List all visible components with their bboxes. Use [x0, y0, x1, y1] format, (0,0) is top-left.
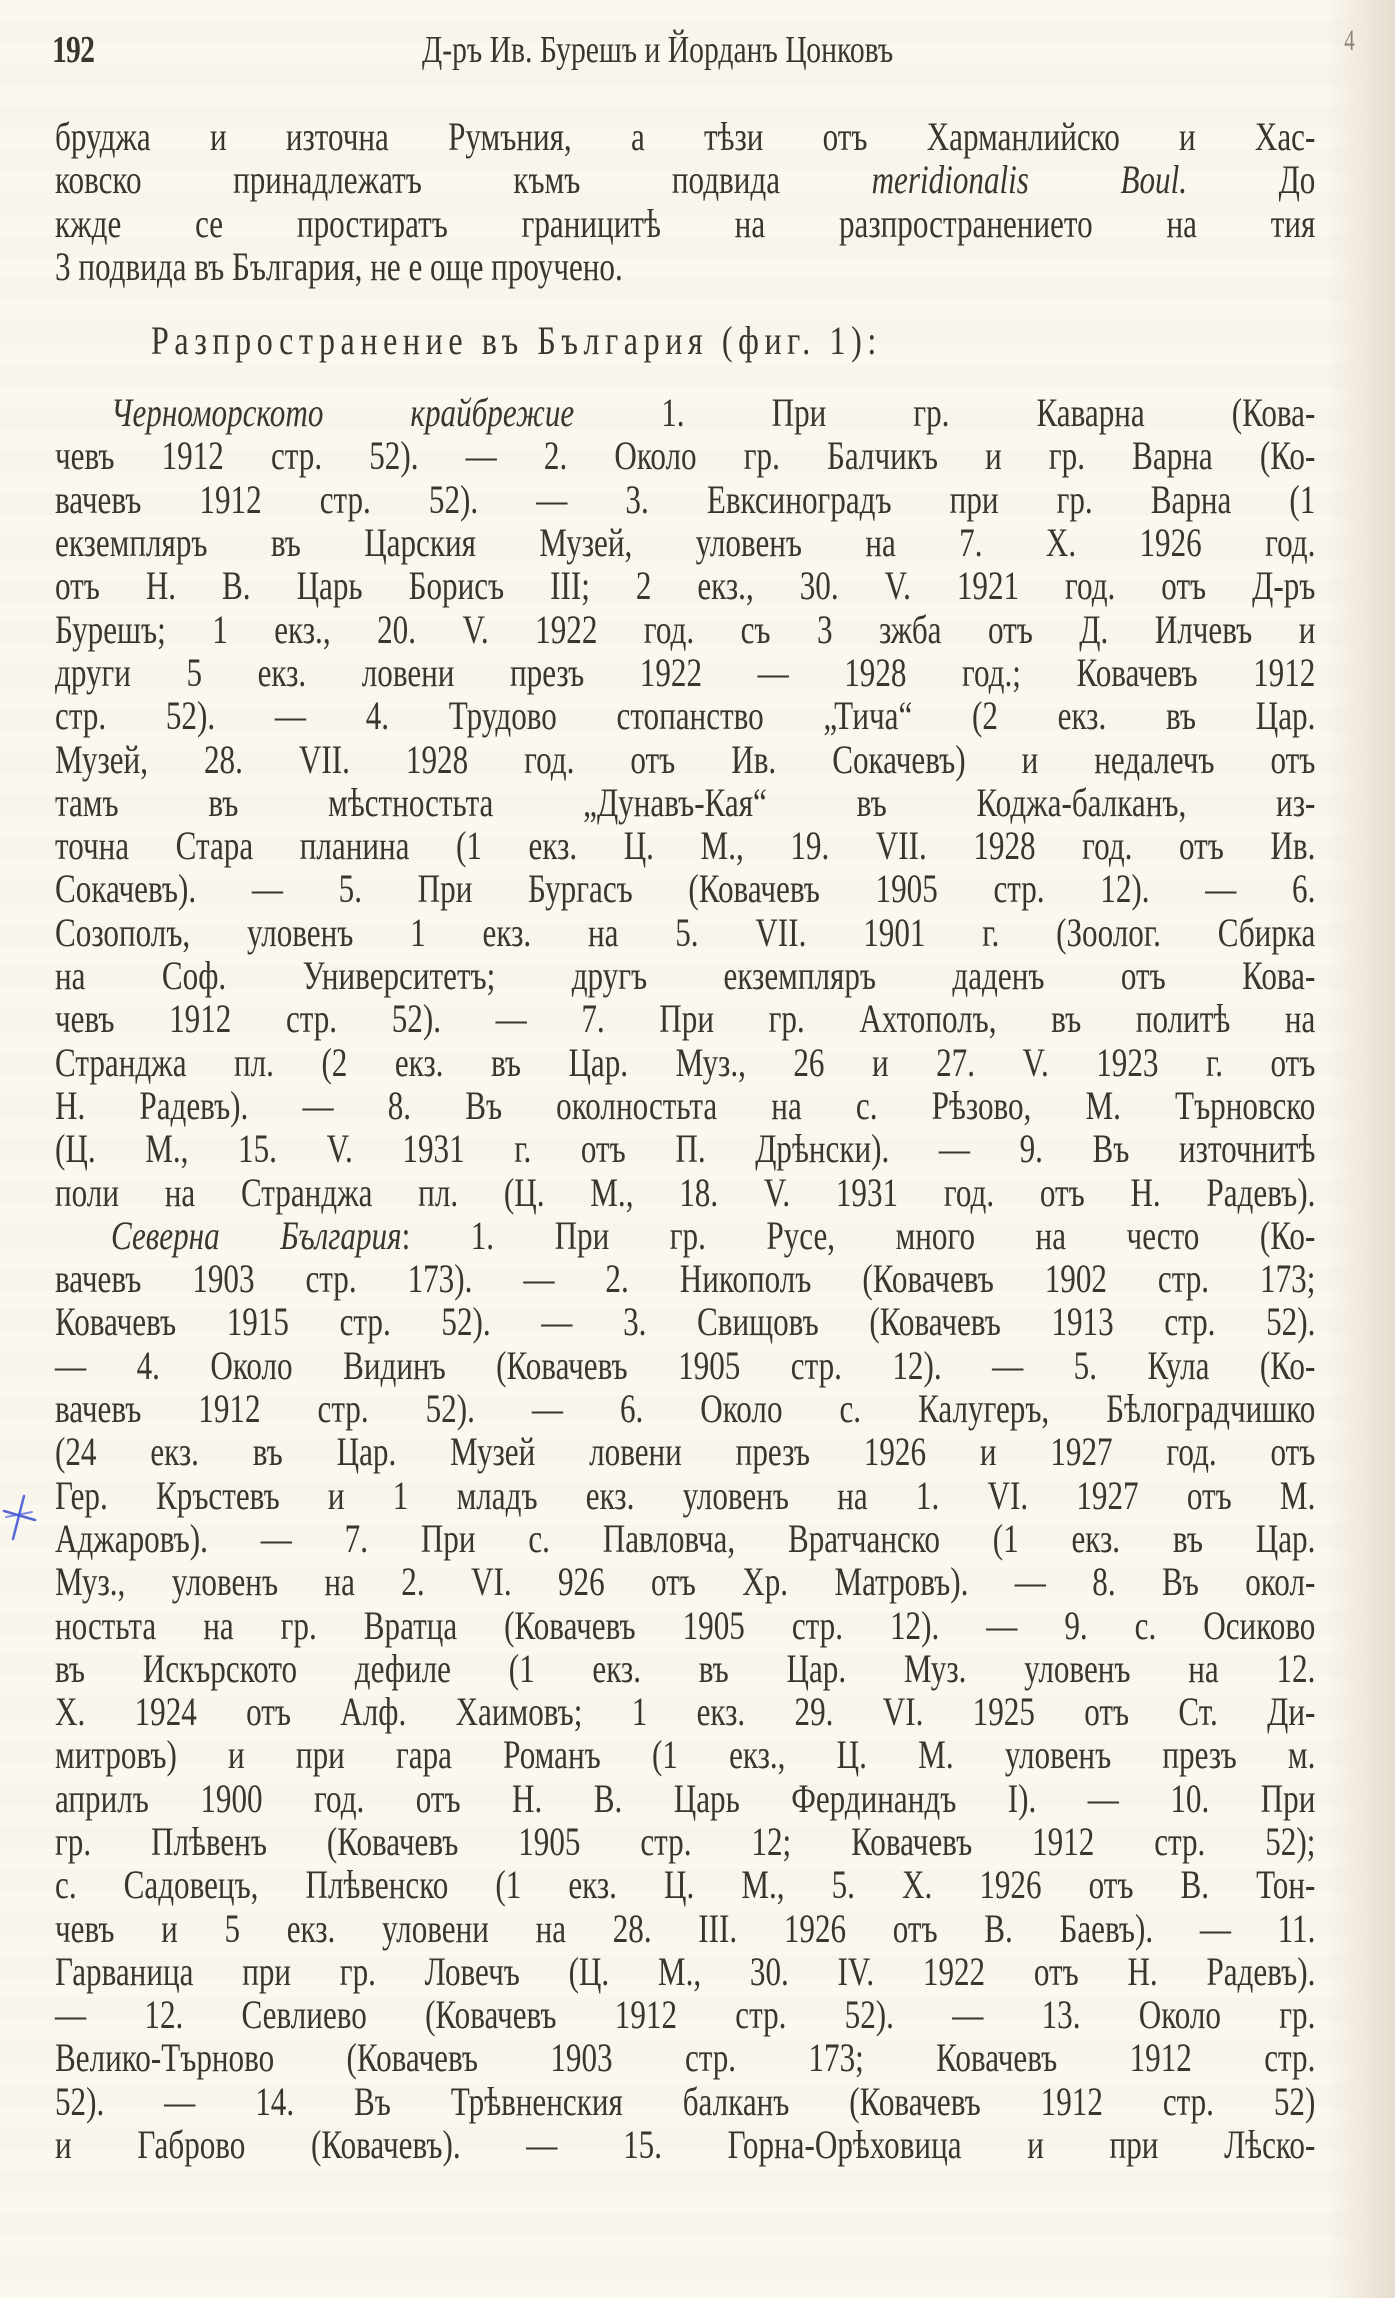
- text-line: екземпляръ въ Царския Музей, уловенъ на …: [55, 521, 1315, 564]
- black-sea-coast-section: Черноморското крайбрежие 1. При гр. Кава…: [55, 391, 1315, 1214]
- text-line: (Ц. М., 15. V. 1931 г. отъ П. Дрѣнски). …: [55, 1127, 1315, 1170]
- edge-mark: 4: [1344, 24, 1355, 58]
- handwritten-cross-icon: [2, 1493, 38, 1543]
- text-line: X. 1924 отъ Алф. Хаимовъ; 1 екз. 29. VI.…: [55, 1690, 1315, 1733]
- text-line: на Соф. Университетъ; другъ екземпляръ д…: [55, 954, 1315, 997]
- text-line: Н. Радевъ). — 8. Въ околностьта на с. Рѣ…: [55, 1084, 1315, 1127]
- text-line: отъ Н. В. Царь Борисъ III; 2 екз., 30. V…: [55, 564, 1315, 607]
- text-line: поли на Странджа пл. (Ц. М., 18. V. 1931…: [55, 1171, 1315, 1214]
- text-span: ковско принадлежатъ къмъ подвида: [55, 157, 872, 202]
- text-line: априлъ 1900 год. отъ Н. В. Царь Фердинан…: [55, 1777, 1315, 1820]
- text-line: тамъ въ мѣстностьта „Дунавъ-Кая“ въ Кодж…: [55, 781, 1315, 824]
- intro-paragraph: бруджа и източна Румъния, а тѣзи отъ Хар…: [55, 115, 1315, 288]
- text-span: : 1. При гр. Русе, много на често (Ко-: [402, 1213, 1316, 1258]
- body-text: бруджа и източна Румъния, а тѣзи отъ Хар…: [55, 115, 1315, 2166]
- text-line: въ Искърското дефиле (1 екз. въ Цар. Муз…: [55, 1647, 1315, 1690]
- page-edge-shadow: [1325, 0, 1395, 2298]
- text-line: митровъ) и при гара Романъ (1 екз., Ц. М…: [55, 1733, 1315, 1776]
- text-line: бруджа и източна Румъния, а тѣзи отъ Хар…: [55, 115, 1315, 158]
- text-line: Созополъ, уловенъ 1 екз. на 5. VII. 1901…: [55, 911, 1315, 954]
- text-line: и Габрово (Ковачевъ). — 15. Горна-Орѣхов…: [55, 2123, 1315, 2166]
- text-line: гр. Плѣвенъ (Ковачевъ 1905 стр. 12; Кова…: [55, 1820, 1315, 1863]
- text-line: Аджаровъ). — 7. При с. Павловча, Вратчан…: [55, 1517, 1315, 1560]
- text-line: (24 екз. въ Цар. Музей ловени презъ 1926…: [55, 1430, 1315, 1473]
- text-line: кжде се простиратъ границитѣ на разпрост…: [55, 202, 1315, 245]
- page-header: 192 Д-ръ Ив. Бурешъ и Йорданъ Цонковъ 4: [52, 20, 1342, 80]
- text-line: — 12. Севлиево (Ковачевъ 1912 стр. 52). …: [55, 1993, 1315, 2036]
- text-line: чевъ и 5 екз. уловени на 28. III. 1926 о…: [55, 1907, 1315, 1950]
- text-line: 52). — 14. Въ Трѣвненския балканъ (Ковач…: [55, 2080, 1315, 2123]
- text-line: вачевъ 1903 стр. 173). — 2. Никополъ (Ко…: [55, 1257, 1315, 1300]
- text-line: Музей, 28. VII. 1928 год. отъ Ив. Сокаче…: [55, 738, 1315, 781]
- text-line: други 5 екз. ловени презъ 1922 — 1928 го…: [55, 651, 1315, 694]
- running-head: Д-ръ Ив. Бурешъ и Йорданъ Цонковъ: [422, 28, 893, 72]
- region-label: Черноморското крайбрежие: [111, 390, 574, 435]
- northern-bulgaria-section: Северна България: 1. При гр. Русе, много…: [55, 1214, 1315, 2167]
- text-line: Ковачевъ 1915 стр. 52). — 3. Свищовъ (Ко…: [55, 1300, 1315, 1343]
- text-line: Северна България: 1. При гр. Русе, много…: [55, 1214, 1315, 1257]
- text-line: ностьта на гр. Вратца (Ковачевъ 1905 стр…: [55, 1604, 1315, 1647]
- section-heading: Разпространение въ България (фиг. 1):: [55, 311, 1063, 371]
- text-line: точна Стара планина (1 екз. Ц. М., 19. V…: [55, 824, 1315, 867]
- text-line: чевъ 1912 стр. 52). — 2. Около гр. Балчи…: [55, 434, 1315, 477]
- text-line: Муз., уловенъ на 2. VI. 926 отъ Хр. Матр…: [55, 1560, 1315, 1603]
- text-line: стр. 52). — 4. Трудово стопанство „Тича“…: [55, 694, 1315, 737]
- text-line: чевъ 1912 стр. 52). — 7. При гр. Ахтопол…: [55, 997, 1315, 1040]
- text-span: До: [1187, 157, 1315, 202]
- text-line: Сокачевъ). — 5. При Бургасъ (Ковачевъ 19…: [55, 867, 1315, 910]
- text-line: Гарваница при гр. Ловечъ (Ц. М., 30. IV.…: [55, 1950, 1315, 1993]
- text-line: Бурешъ; 1 екз., 20. V. 1922 год. съ 3 зж…: [55, 608, 1315, 651]
- region-label: Северна България: [111, 1213, 402, 1258]
- text-line: Странджа пл. (2 екз. въ Цар. Муз., 26 и …: [55, 1041, 1315, 1084]
- page-number: 192: [52, 28, 94, 72]
- text-line: — 4. Около Видинъ (Ковачевъ 1905 стр. 12…: [55, 1344, 1315, 1387]
- text-line: 3 подвида въ България, не е още проучено…: [55, 245, 1315, 288]
- text-line: Гер. Кръстевъ и 1 младъ екз. уловенъ на …: [55, 1474, 1315, 1517]
- text-line: вачевъ 1912 стр. 52). — 6. Около с. Калу…: [55, 1387, 1315, 1430]
- text-line: вачевъ 1912 стр. 52). — 3. Евксиноградъ …: [55, 478, 1315, 521]
- text-span: 1. При гр. Каварна (Кова-: [574, 390, 1315, 435]
- text-line: Велико-Търново (Ковачевъ 1903 стр. 173; …: [55, 2036, 1315, 2079]
- text-line: Черноморското крайбрежие 1. При гр. Кава…: [55, 391, 1315, 434]
- text-line: с. Садовецъ, Плѣвенско (1 екз. Ц. М., 5.…: [55, 1863, 1315, 1906]
- taxon-name: meridionalis Boul.: [872, 157, 1187, 202]
- text-line: ковско принадлежатъ къмъ подвида meridio…: [55, 158, 1315, 201]
